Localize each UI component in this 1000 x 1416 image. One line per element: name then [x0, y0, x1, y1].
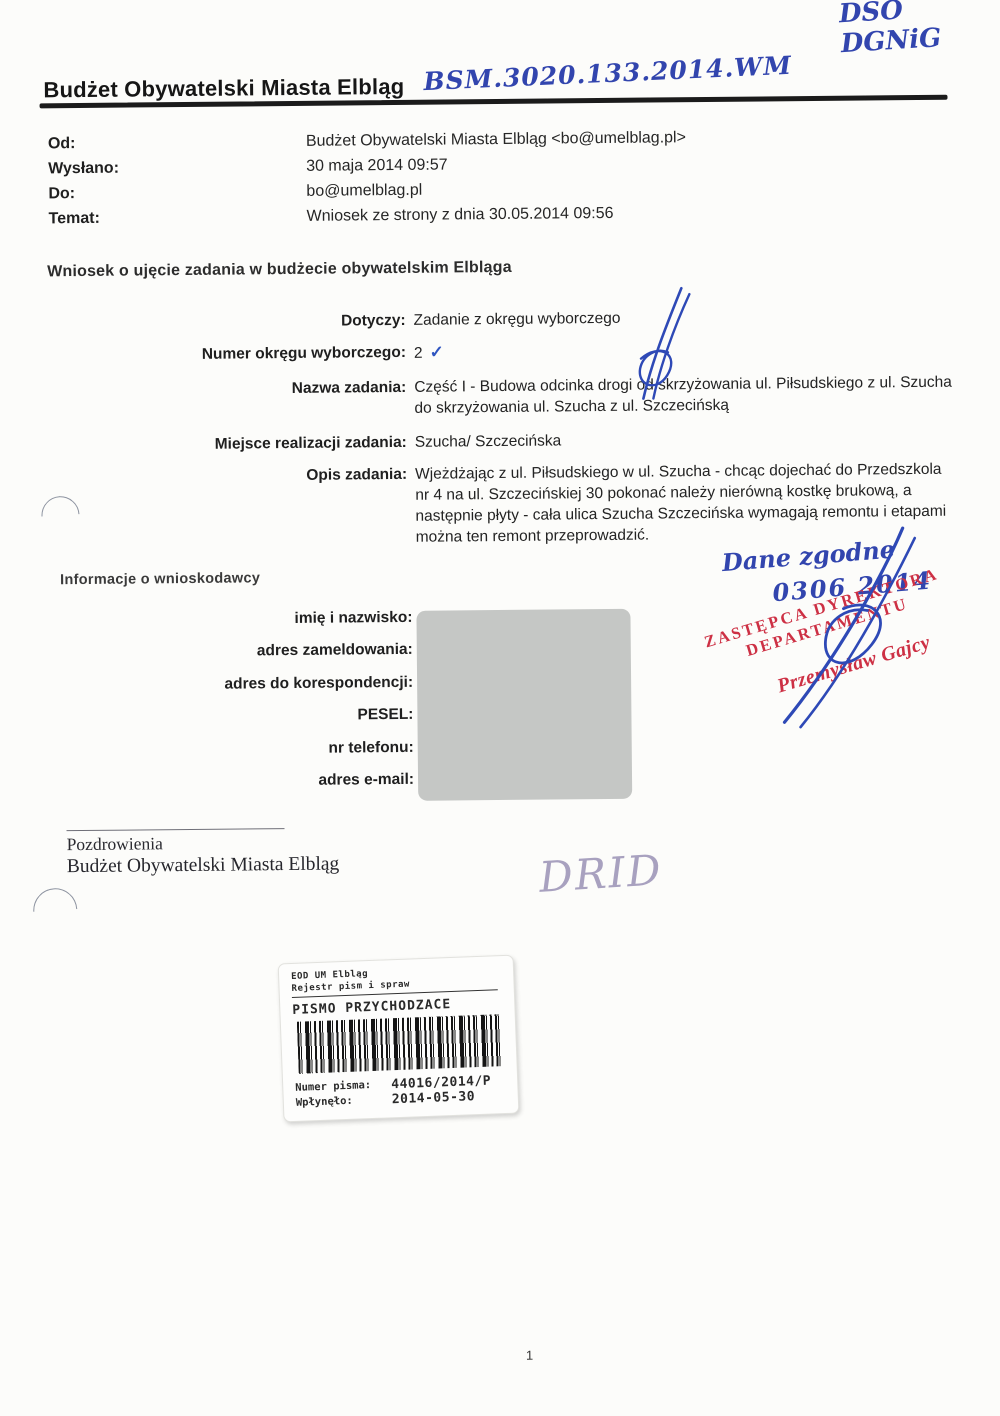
okreg-number: 2 [414, 345, 423, 362]
applicant-label-phone: nr telefonu: [54, 738, 414, 774]
punch-hole-mark [24, 879, 86, 941]
applicant-label-name: imię i nazwisko: [52, 609, 412, 645]
scan-content: DSO DGNiG Budżet Obywatelski Miasta Elbl… [0, 0, 1000, 1416]
form-label-dotyczy: Dotyczy: [50, 310, 406, 334]
form-value-miejsce: Szucha/ Szczecińska [415, 427, 957, 453]
email-header-block: Od: Budżet Obywatelski Miasta Elbląg <bo… [48, 123, 929, 231]
applicant-label-email: adres e-mail: [54, 771, 414, 807]
form-value-dotyczy: Zadanie z okręgu wyborczego [414, 305, 956, 331]
form-fields-block: Dotyczy: Zadanie z okręgu wyborczego Num… [50, 305, 958, 563]
barcode [297, 1014, 503, 1074]
sticker-received-value: 2014-05-30 [392, 1089, 476, 1107]
applicant-labels-block: imię i nazwisko: adres zameldowania: adr… [52, 609, 414, 807]
form-label-nazwa-zadania: Nazwa zadania: [50, 377, 406, 422]
check-icon: ✓ [429, 343, 443, 362]
document-header-title: Budżet Obywatelski Miasta Elbląg [43, 74, 404, 103]
form-label-opis: Opis zadania: [51, 464, 408, 551]
signature-divider [67, 828, 285, 831]
handwritten-department-codes: DSO DGNiG [838, 0, 942, 59]
form-value-nazwa-zadania: Część I - Budowa odcinka drogi od skrzyż… [414, 372, 956, 419]
sticker-received-label: Wpłynęło: [296, 1092, 392, 1111]
form-value-numer-okregu: 2✓ [414, 337, 956, 364]
email-subject-label: Temat: [49, 204, 307, 231]
form-label-numer-okregu: Numer okręgu wyborczego: [50, 342, 406, 367]
handwritten-case-number: BSM.3020.133.2014.WM [423, 51, 793, 96]
form-label-miejsce: Miejsce realizacji zadania: [51, 432, 407, 456]
registry-sticker: EOD UM Elbląg Rejestr pism i spraw PISMO… [278, 955, 520, 1123]
form-row-miejsce: Miejsce realizacji zadania: Szucha/ Szcz… [51, 427, 957, 457]
email-from-label: Od: [48, 129, 306, 156]
form-row-numer-okregu: Numer okręgu wyborczego: 2✓ [50, 337, 956, 368]
handwritten-pencil-note: DRID [538, 845, 664, 902]
sticker-meta: Numer pisma: 44016/2014/P Wpłynęło: 2014… [295, 1073, 508, 1111]
applicant-section-title: Informacje o wnioskodawcy [60, 570, 260, 588]
scanned-document-page: DSO DGNiG Budżet Obywatelski Miasta Elbl… [0, 0, 1000, 1416]
page-number: 1 [8, 1343, 1000, 1368]
closing-sender: Budżet Obywatelski Miasta Elbląg [67, 854, 340, 879]
applicant-label-registered-address: adres zameldowania: [53, 641, 413, 677]
email-sent-label: Wysłano: [48, 154, 306, 181]
closing-salutation: Pozdrowienia [67, 833, 163, 855]
email-subject-value: Wniosek ze strony z dnia 30.05.2014 09:5… [307, 198, 929, 229]
form-row-nazwa-zadania: Nazwa zadania: Część I - Budowa odcinka … [50, 372, 956, 423]
handwritten-code-dgnig: DGNiG [840, 23, 942, 59]
redaction-box [416, 609, 632, 801]
form-title: Wniosek o ujęcie zadania w budżecie obyw… [47, 259, 512, 281]
applicant-label-mailing-address: adres do korespondencji: [53, 674, 413, 710]
form-row-dotyczy: Dotyczy: Zadanie z okręgu wyborczego [50, 305, 956, 335]
email-to-label: Do: [48, 179, 306, 206]
applicant-label-pesel: PESEL: [53, 706, 413, 742]
